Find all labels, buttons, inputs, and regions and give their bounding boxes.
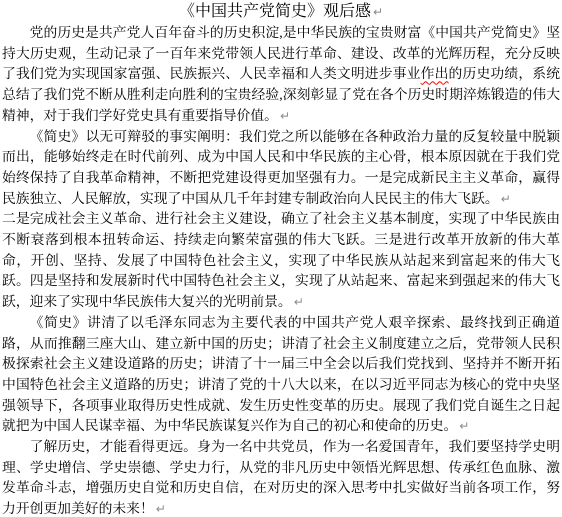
paragraph-2-text: 《简史》以无可辩驳的事实阐明：我们党之所以能够在各种政治力量的反复较量中脱颖而出…	[2, 129, 560, 206]
paragraph-mark: ↵	[499, 192, 511, 206]
document-title[interactable]: 《中国共产党简史》观后感↵	[2, 1, 560, 23]
paragraph-3[interactable]: 二是完成社会主义革命、进行社会主义建设，确立了社会主义基本制度，实现了中华民族由…	[2, 209, 560, 313]
spellcheck-flagged-text: 作出	[421, 66, 449, 81]
paragraph-2[interactable]: 《简史》以无可辩驳的事实阐明：我们党之所以能够在各种政治力量的反复较量中脱颖而出…	[2, 127, 560, 210]
paragraph-3-text: 二是完成社会主义革命、进行社会主义建设，确立了社会主义基本制度，实现了中华民族由…	[2, 211, 560, 309]
paragraph-mark: ↵	[278, 109, 290, 123]
paragraph-mark: ↵	[457, 419, 469, 433]
paragraph-mark: ↵	[371, 5, 383, 19]
paragraph-mark: ↵	[154, 502, 166, 516]
paragraph-1[interactable]: 党的历史是共产党人百年奋斗的历史积淀,是中华民族的宝贵财富《中国共产党简史》坚持…	[2, 23, 560, 127]
paragraph-5-text: 了解历史，才能看得更远。身为一名中共党员，作为一名爱国青年，我们要坚持学史明理、…	[2, 439, 560, 516]
document-text-area[interactable]: 《中国共产党简史》观后感↵ 党的历史是共产党人百年奋斗的历史积淀,是中华民族的宝…	[0, 0, 562, 517]
paragraph-4-text: 《简史》讲清了以毛泽东同志为主要代表的中国共产党人艰辛探索、最终找到正确道路，从…	[2, 315, 560, 434]
paragraph-5[interactable]: 了解历史，才能看得更远。身为一名中共党员，作为一名爱国青年，我们要坚持学史明理、…	[2, 437, 560, 517]
paragraph-mark: ↵	[292, 295, 304, 309]
document-title-text: 《中国共产党简史》观后感	[179, 3, 371, 20]
paragraph-4[interactable]: 《简史》讲清了以毛泽东同志为主要代表的中国共产党人艰辛探索、最终找到正确道路，从…	[2, 313, 560, 437]
